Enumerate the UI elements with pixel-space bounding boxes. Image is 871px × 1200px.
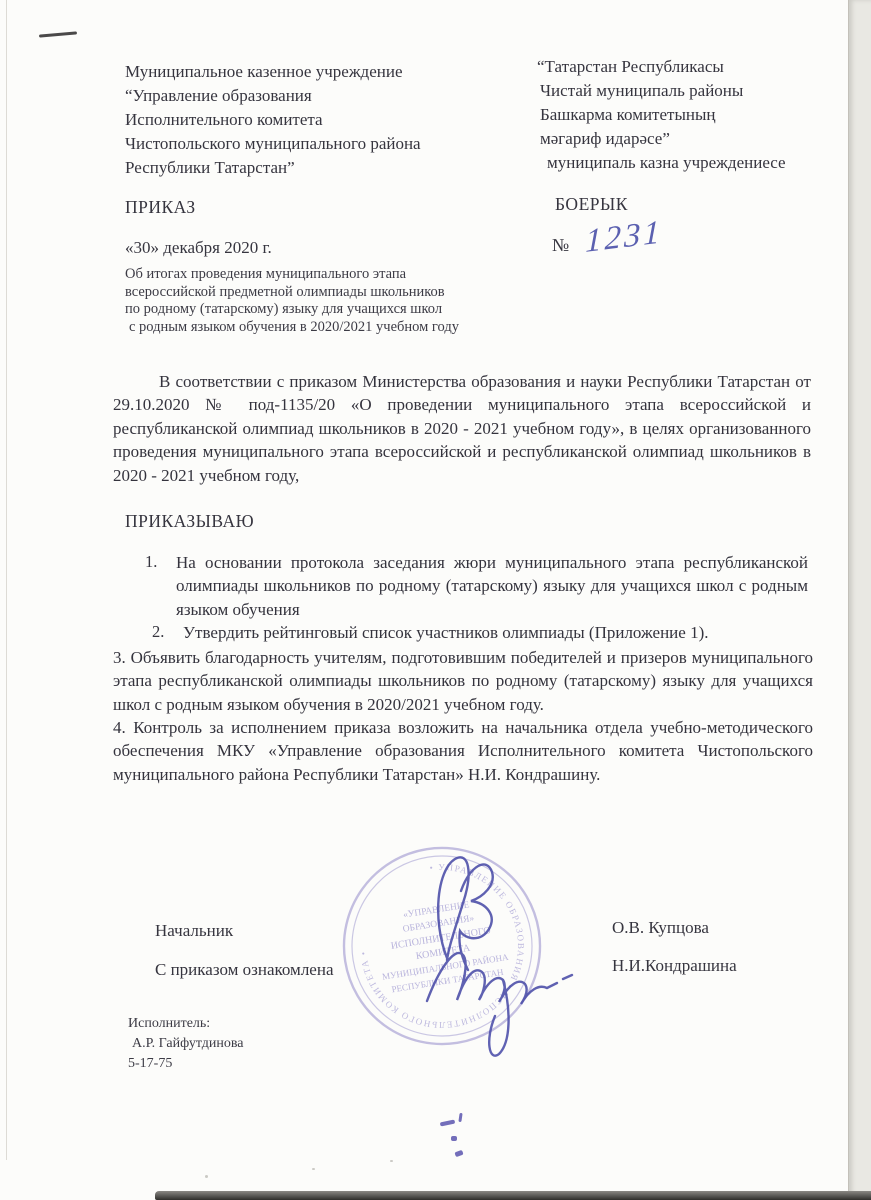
subject-line: по родному (татарскому) языку для учащих… [125,301,459,319]
acknowledgement-name: Н.И.Кондрашина [612,956,737,976]
scan-noise-dot [312,1168,315,1170]
org-left-line: Республики Татарстан” [125,156,421,180]
ink-speck [458,1113,462,1122]
signature-kuptsova-loop [459,864,492,970]
decree-item-4: 4. Контроль за исполнением приказа возло… [113,716,813,786]
ink-speck [454,1150,463,1157]
executor-block: Исполнитель: А.Р. Гайфутдинова 5-17-75 [128,1014,244,1074]
org-left-line: Исполнительного комитета [125,108,421,132]
order-subject: Об итогах проведения муниципального этап… [125,266,459,336]
org-header-right: “Татарстан Республикасы Чистай муниципал… [537,55,786,175]
decree-word: ПРИКАЗЫВАЮ [125,511,254,532]
pen-check-mark [39,31,77,37]
org-right-line: “Татарстан Республикасы [537,55,786,79]
scan-noise-dot [205,1175,208,1178]
order-title-ru: ПРИКАЗ [125,197,196,218]
executor-phone: 5-17-75 [128,1054,244,1074]
order-title-tat: БОЕРЫК [555,194,628,215]
signature-kuptsova [438,857,468,960]
intro-paragraph: В соответствии с приказом Министерства о… [113,370,811,487]
acknowledgement-label: С приказом ознакомлена [155,960,334,980]
ink-speck [451,1136,457,1141]
signature-name: О.В. Купцова [612,918,709,938]
org-right-line: мәгариф идарәсе” [537,127,786,151]
executor-name: А.Р. Гайфутдинова [128,1034,244,1054]
scan-right-edge [848,0,871,1200]
org-left-line: Чистопольского муниципального района [125,132,421,156]
subject-line: всероссийской предметной олимпиады школь… [125,284,459,302]
order-number-handwritten: 1231 [585,214,663,261]
item-text: Утвердить рейтинговый список участников … [183,621,809,644]
decree-item-2: 2. Утвердить рейтинговый список участник… [183,621,809,644]
signature-kondrashina [427,953,557,1004]
subject-line: Об итогах проведения муниципального этап… [125,266,459,284]
item-number: 2. [152,622,164,642]
executor-label: Исполнитель: [128,1014,244,1034]
org-right-line: Башкарма комитетының [537,103,786,127]
org-left-line: Муниципальное казенное учреждение [125,60,421,84]
handwritten-signatures [370,828,610,1068]
org-right-line: муниципаль казна учреждениесе [537,151,786,175]
ink-speck [440,1119,456,1126]
decree-item-3: 3. Объявить благодарность учителям, подг… [113,646,813,716]
order-date: «30» декабря 2020 г. [125,236,272,260]
decree-item-1: 1. На основании протокола заседания жюри… [176,551,808,621]
subject-line: с родным языком обучения в 2020/2021 уче… [125,319,459,337]
order-number-label: № [552,233,569,257]
signature-role: Начальник [155,921,233,941]
org-left-line: “Управление образования [125,84,421,108]
scan-noise-dot [390,1160,393,1162]
document-page: Муниципальное казенное учреждение “Управ… [0,0,871,1200]
org-right-line: Чистай муниципаль районы [537,79,786,103]
scan-left-edge [6,0,7,1160]
item-text: На основании протокола заседания жюри му… [176,551,808,621]
scan-bottom-edge [155,1191,871,1200]
signature-kondrashina-descender [489,980,508,1056]
org-header-left: Муниципальное казенное учреждение “Управ… [125,60,421,180]
item-number: 1. [145,552,157,572]
signature-dash [563,975,572,979]
